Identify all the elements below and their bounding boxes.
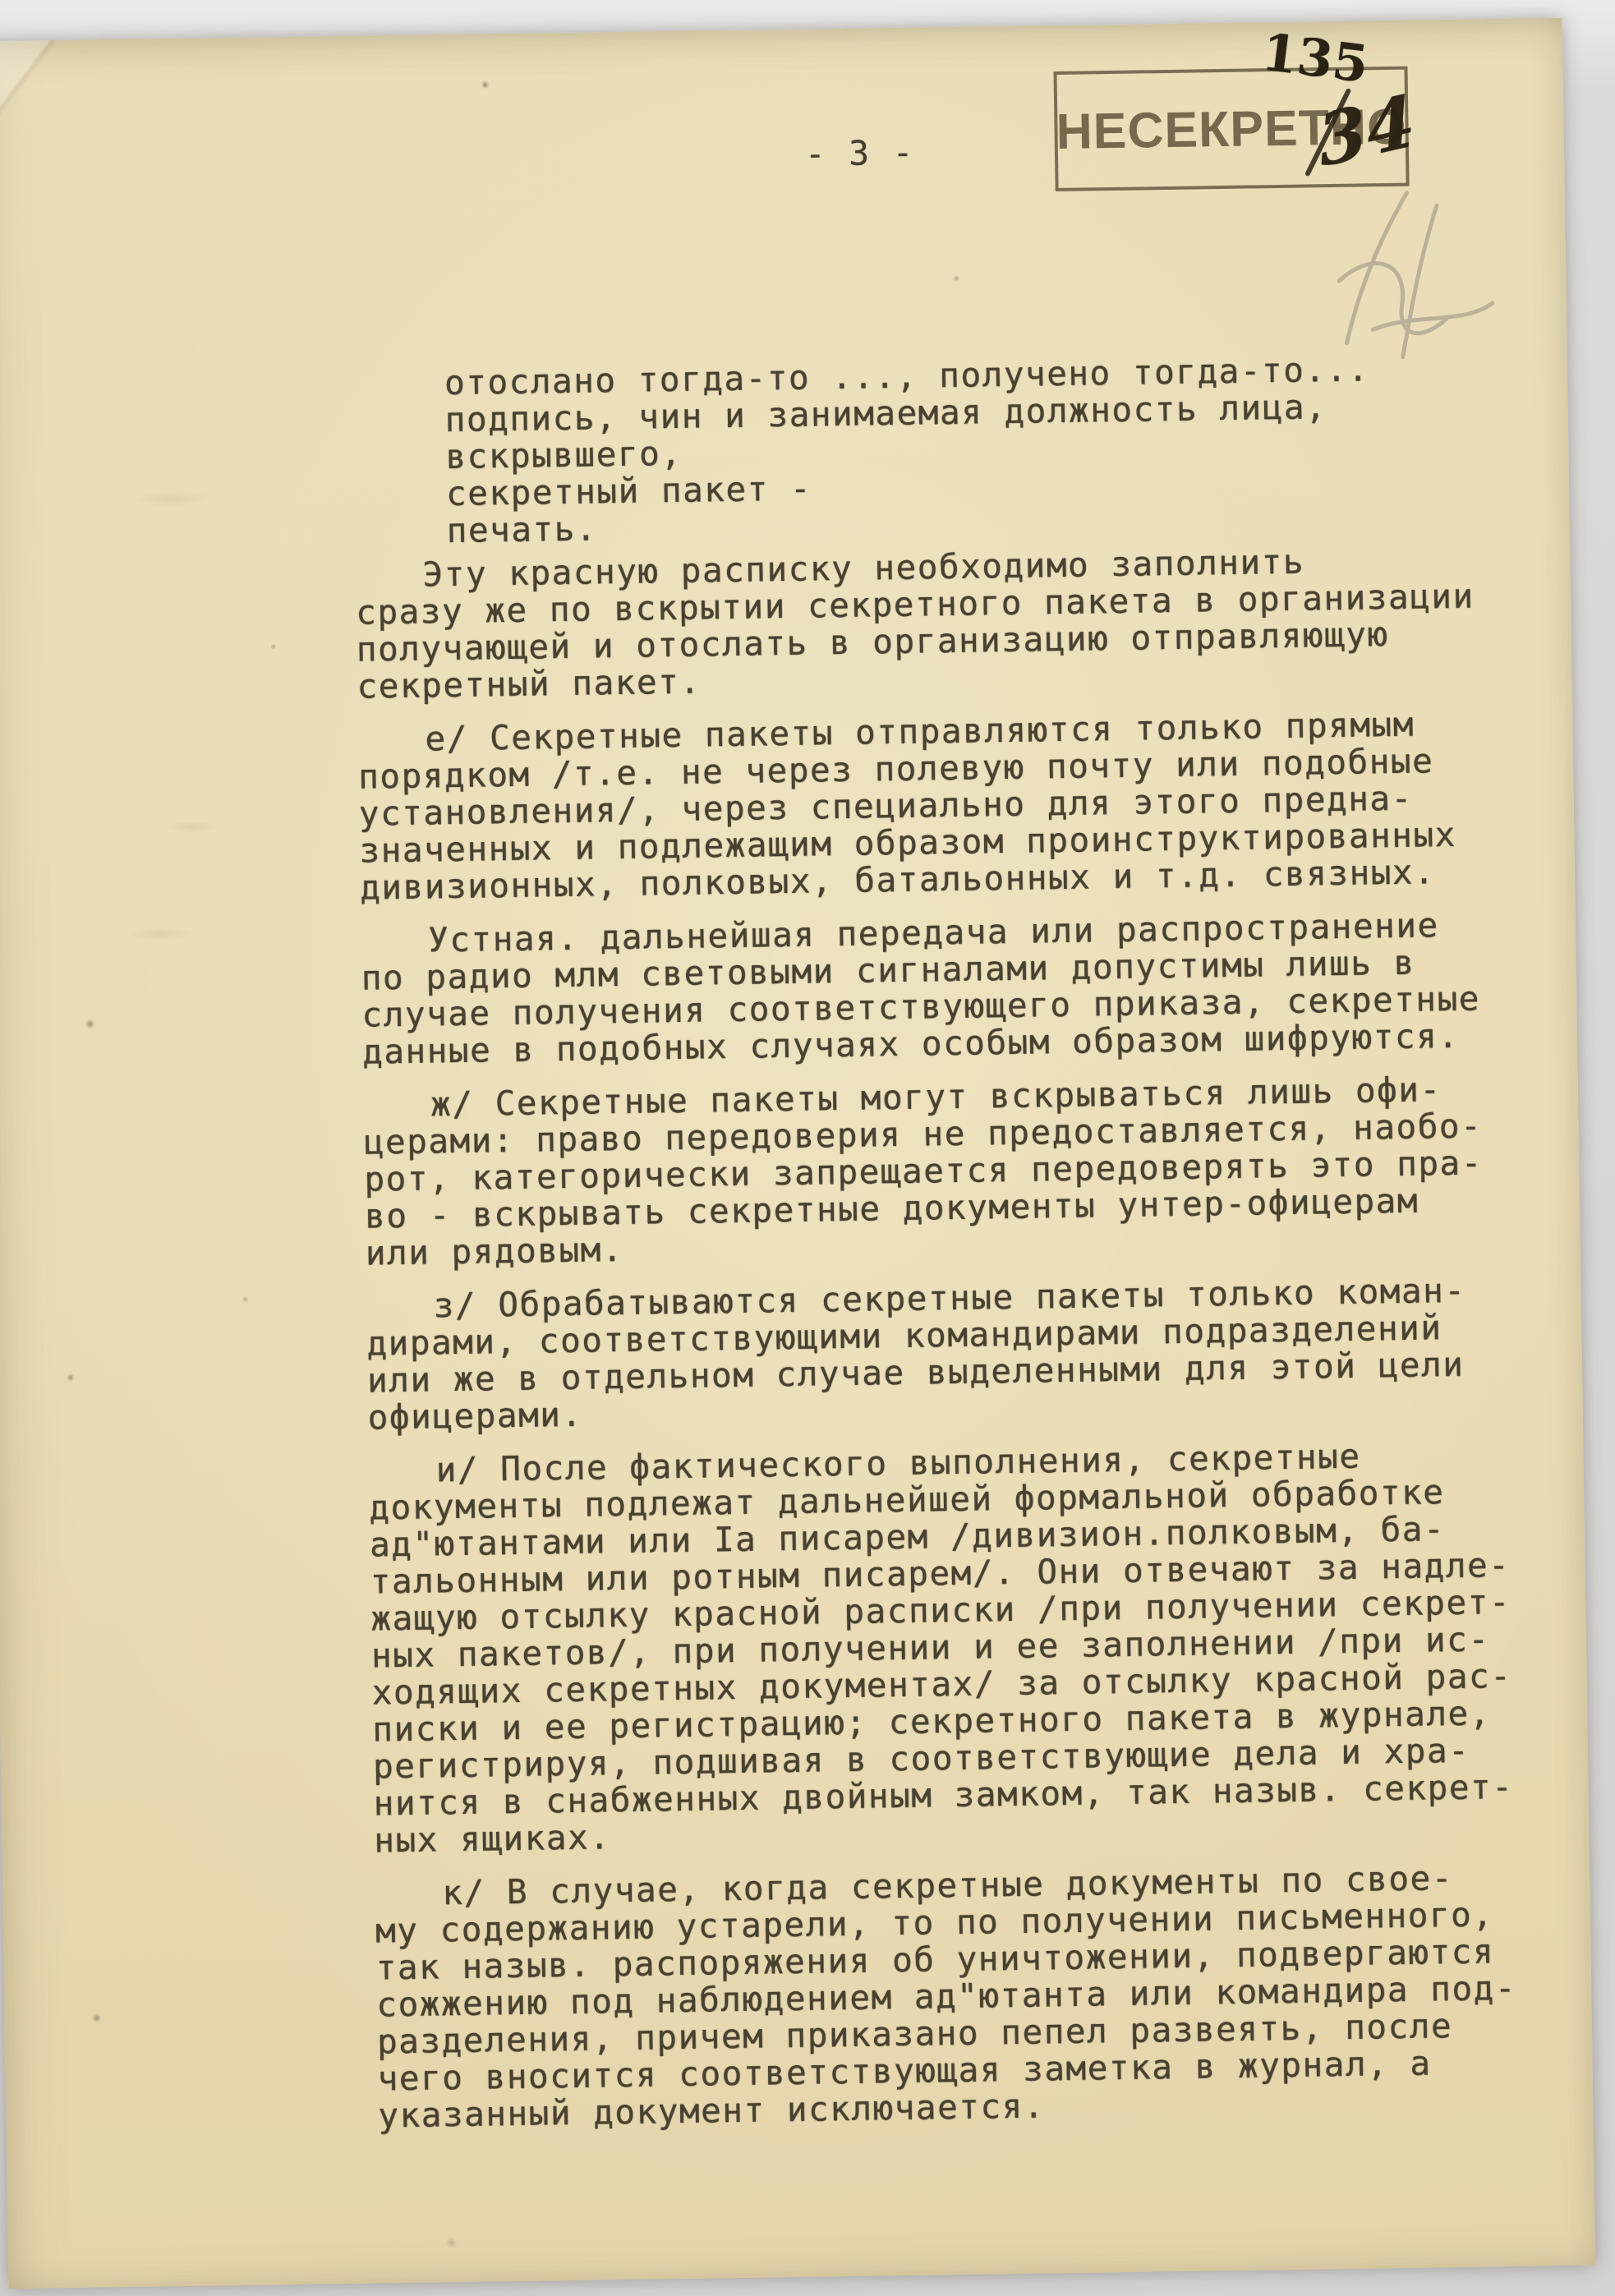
- paragraph-item-e: е/ Секретные пакеты отправляются только …: [357, 704, 1567, 907]
- document-page: - 3 - НЕСЕКРЕТНО 135 34 отослано тогда-т…: [0, 18, 1595, 2289]
- paragraph-receipt-form: отослано тогда-то ..., получено тогда-то…: [352, 348, 1562, 551]
- scanned-document-screen: - 3 - НЕСЕКРЕТНО 135 34 отослано тогда-т…: [0, 0, 1615, 2296]
- paragraph-item-i: и/ После фактического выполнения, секрет…: [368, 1435, 1581, 1860]
- paper-fold-crease: [0, 38, 225, 288]
- paragraph-oral-transfer: Устная. дальнейшая передача или распрост…: [361, 905, 1571, 1071]
- paragraph-item-k: к/ В случае, когда секретные документы п…: [375, 1858, 1586, 2135]
- paragraph-item-zh: ж/ Секретные пакеты могут вскрываться ли…: [363, 1070, 1573, 1272]
- paragraph-red-receipt: Эту красную расписку необходимо заполнит…: [355, 540, 1565, 706]
- page-number: - 3 -: [805, 133, 915, 174]
- paragraph-item-z: з/ Обрабатываются секретные пакеты тольк…: [366, 1271, 1576, 1437]
- document-text: отослано тогда-то ..., получено тогда-то…: [352, 348, 1586, 2151]
